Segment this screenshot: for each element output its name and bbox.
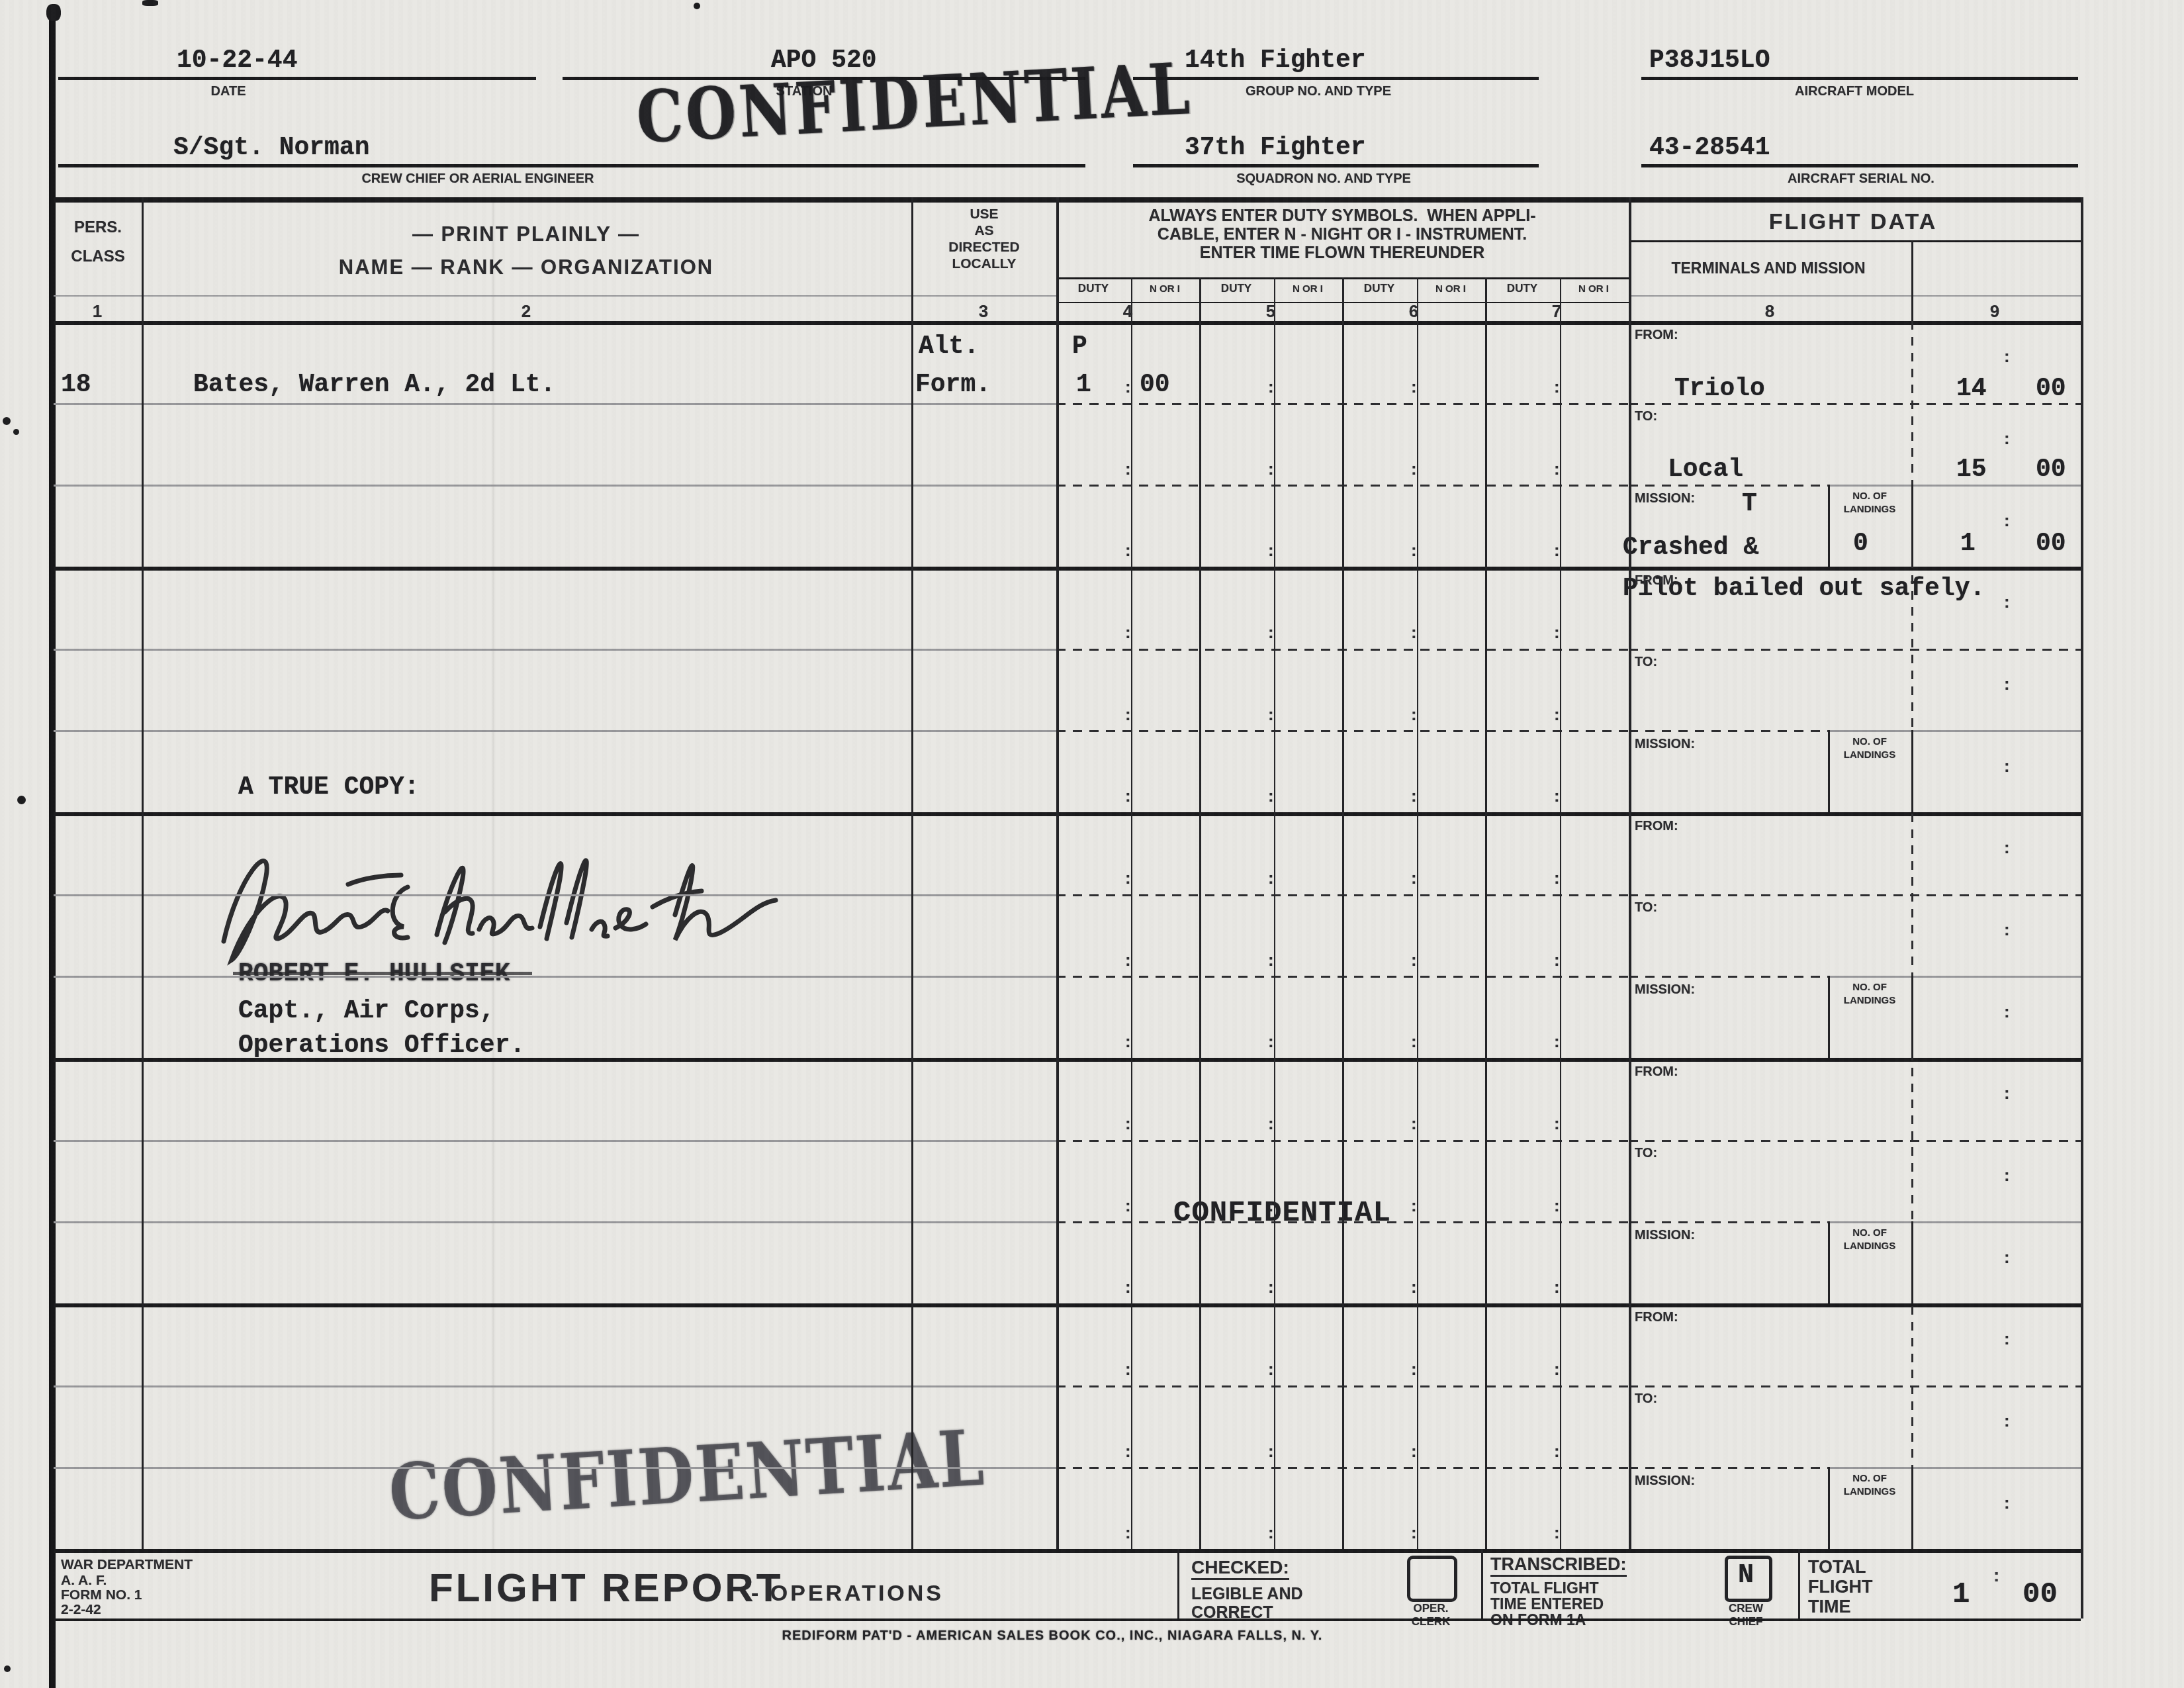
subrow-line (54, 894, 1056, 896)
nori-subcol-label: N OR I (1150, 283, 1180, 295)
duty-cell-colon: : (1554, 377, 1560, 397)
duty-cell-colon: : (1268, 377, 1274, 397)
landings-box-right (1911, 730, 1913, 812)
mission-symbol-entry: T (1742, 490, 1757, 518)
use-header-line1: USE (970, 207, 998, 222)
to-place-entry: Local (1668, 455, 1743, 484)
group-value: 14th Fighter (1185, 46, 1366, 75)
landings-label-line1: NO. OF (1852, 736, 1887, 747)
from-time-hours: 14 (1956, 375, 1987, 403)
landings-box-top (1828, 1467, 2081, 1469)
column-number: 7 (1552, 301, 1561, 322)
use-entry-line2: Form. (915, 371, 991, 399)
scan-speck (17, 796, 26, 804)
total-time-label-line2: FLIGHT (1808, 1577, 1872, 1597)
mission-writing-line (1629, 485, 1828, 487)
time-colon: : (2004, 1493, 2010, 1513)
name-header-line2: NAME — RANK — ORGANIZATION (339, 256, 713, 279)
body-top-border (54, 321, 2081, 325)
form-title-suffix: - OPERATIONS (751, 1581, 944, 1607)
mission-label: MISSION: (1635, 982, 1695, 998)
duty-cell-colon: : (1554, 459, 1560, 479)
subrow-line (54, 976, 1056, 978)
number-row-divider (1629, 295, 2081, 297)
scan-speck (3, 417, 11, 425)
form-title: FLIGHT REPORT (429, 1565, 783, 1611)
from-writing-line (1629, 894, 2081, 896)
time-colon: : (2004, 837, 2010, 858)
duty-time-minutes: 00 (1140, 371, 1170, 399)
column-number: 5 (1266, 301, 1275, 322)
mission-label: MISSION: (1635, 491, 1695, 506)
from-label: FROM: (1635, 1310, 1678, 1325)
from-writing-line (1629, 403, 2081, 405)
duty-cell-colon: : (1411, 1359, 1417, 1380)
to-label: TO: (1635, 655, 1657, 670)
name-header-line1: — PRINT PLAINLY — (412, 222, 640, 246)
duty-inner-divider (1417, 277, 1418, 1549)
duty-pair-divider (1342, 277, 1344, 1549)
crash-note-line1: Crashed & (1623, 534, 1758, 562)
aircraft-serial-value: 43-28541 (1649, 134, 1770, 162)
duty-cell-colon: : (1411, 868, 1417, 888)
date-value: 10-22-44 (177, 46, 297, 75)
time-colon: : (2004, 1165, 2010, 1186)
signature (212, 829, 794, 974)
footer-section-divider (1798, 1549, 1800, 1618)
duty-cell-colon: : (1411, 786, 1417, 806)
confidential-stamp-top: CONFIDENTIAL (635, 47, 1195, 160)
time-colon: : (2004, 1411, 2010, 1431)
crew-chief-mark: N (1738, 1561, 1754, 1591)
squadron-value: 37th Fighter (1185, 134, 1366, 162)
landings-box-right (1911, 1221, 1913, 1303)
time-colon: : (2004, 1247, 2010, 1268)
duty-cell-colon: : (1554, 622, 1560, 643)
footer-section-divider (1481, 1549, 1483, 1618)
scan-speck (46, 4, 61, 21)
footer-bottom-border (54, 1618, 2081, 1621)
duty-cell-colon: : (1125, 1031, 1131, 1052)
group-divider (54, 567, 2081, 571)
time-colon: : (2004, 919, 2010, 940)
duty-cell-colon: : (1554, 1031, 1560, 1052)
mission-time-minutes: 00 (2036, 530, 2066, 558)
crew-chief-value: S/Sgt. Norman (173, 134, 369, 162)
duty-instructions-line1: ALWAYS ENTER DUTY SYMBOLS. WHEN APPLI- (1148, 207, 1535, 226)
landings-label-line1: NO. OF (1852, 1473, 1887, 1484)
time-colon: : (2004, 1329, 2010, 1349)
duty-inner-divider (1560, 277, 1561, 1549)
duty-cell-colon: : (1125, 868, 1131, 888)
mission-writing-line (1629, 1467, 1828, 1469)
col-pers-divider (142, 197, 144, 1549)
duty-cell-colon: : (1268, 1277, 1274, 1297)
landings-entry: 0 (1853, 530, 1868, 558)
duty-cell-colon: : (1554, 786, 1560, 806)
duty-cell-colon: : (1411, 704, 1417, 725)
duty-cell-colon: : (1554, 1196, 1560, 1216)
subrow-line (54, 1467, 1056, 1469)
landings-box-top (1828, 485, 2081, 487)
crew-chief-underline (58, 164, 1085, 167)
to-label: TO: (1635, 1146, 1657, 1161)
total-time-label-line3: TIME (1808, 1597, 1851, 1617)
duty-instructions-line3: ENTER TIME FLOWN THEREUNDER (1200, 244, 1485, 263)
landings-label-line1: NO. OF (1852, 982, 1887, 993)
nori-subcol-label: N OR I (1578, 283, 1609, 295)
printer-imprint: REDIFORM PAT'D - AMERICAN SALES BOOK CO.… (782, 1628, 1323, 1644)
flight-data-header: FLIGHT DATA (1769, 209, 1938, 235)
duty-pair-divider (1485, 277, 1487, 1549)
checked-line1: LEGIBLE AND (1191, 1585, 1303, 1604)
duty-cell-colon: : (1268, 622, 1274, 643)
to-label: TO: (1635, 900, 1657, 915)
time-colon: : (2004, 592, 2010, 612)
duty-cell-colon: : (1554, 1359, 1560, 1380)
signed-rank: Capt., Air Corps, (238, 997, 495, 1025)
duty-cell-colon: : (1411, 1196, 1417, 1216)
duty-subcol-label: DUTY (1221, 282, 1251, 295)
duty-inner-divider (1131, 277, 1132, 1549)
mission-writing-line (1629, 730, 1828, 732)
duty-cell-colon: : (1268, 459, 1274, 479)
landings-box-top (1828, 976, 2081, 978)
to-label: TO: (1635, 1391, 1657, 1407)
duty-cell-colon: : (1411, 377, 1417, 397)
duty-subcol-label: DUTY (1507, 282, 1537, 295)
duty-cell-colon: : (1125, 1359, 1131, 1380)
landings-box-left (1828, 485, 1830, 567)
from-label: FROM: (1635, 819, 1678, 834)
landings-label-line2: LANDINGS (1844, 1486, 1895, 1497)
duty-cell-colon: : (1554, 1113, 1560, 1134)
landings-label-line1: NO. OF (1852, 1227, 1887, 1239)
duty-cell-colon: : (1125, 622, 1131, 643)
flight-data-divider (1629, 240, 2081, 242)
subrow-line (54, 403, 1056, 405)
column-number: 8 (1765, 301, 1774, 322)
duty-cell-colon: : (1125, 540, 1131, 561)
table-right-border (2081, 197, 2083, 1618)
flight-report-scan: 10-22-44 DATE APO 520 STATION 14th Fight… (0, 0, 2184, 1688)
duty-cell-colon: : (1125, 786, 1131, 806)
duty-subcol-label: DUTY (1364, 282, 1394, 295)
landings-label-line2: LANDINGS (1844, 1241, 1895, 1252)
use-header-line4: LOCALLY (952, 256, 1016, 272)
duty-cell-colon: : (1554, 1523, 1560, 1543)
duty-cell-colon: : (1411, 459, 1417, 479)
column-number: 1 (93, 301, 102, 322)
group-divider (54, 812, 2081, 816)
duty-instructions-line2: CABLE, ENTER N - NIGHT OR I - INSTRUMENT… (1158, 225, 1527, 244)
to-label: TO: (1635, 409, 1657, 424)
landings-box-left (1828, 730, 1830, 812)
duty-cell-colon: : (1125, 1523, 1131, 1543)
time-colon: : (2004, 1083, 2010, 1103)
duty-cell-colon: : (1554, 950, 1560, 970)
subrow-line (54, 730, 1056, 732)
footer-section-divider (1177, 1549, 1179, 1618)
transcribed-line1: TOTAL FLIGHT (1490, 1579, 1599, 1597)
duty-cell-colon: : (1268, 1359, 1274, 1380)
form-id-line1: WAR DEPARTMENT (61, 1557, 193, 1573)
duty-cell-colon: : (1268, 704, 1274, 725)
oper-clerk-checkbox (1407, 1556, 1457, 1602)
transcribed-line2: TIME ENTERED (1490, 1595, 1604, 1613)
oper-clerk-label-line1: OPER. (1414, 1602, 1449, 1615)
aircraft-serial-label: AIRCRAFT SERIAL NO. (1788, 171, 1934, 187)
aircraft-serial-underline (1641, 164, 2078, 167)
duty-cell-colon: : (1411, 1113, 1417, 1134)
subrow-line (54, 1385, 1056, 1387)
duty-cell-colon: : (1268, 1031, 1274, 1052)
use-header-line2: AS (974, 223, 993, 239)
column-number: 4 (1123, 301, 1132, 322)
nori-subcol-label: N OR I (1435, 283, 1466, 295)
form-id-line3: FORM NO. 1 (61, 1587, 142, 1603)
mission-writing-line (1629, 976, 1828, 978)
date-underline (58, 77, 536, 80)
col-use-divider (1056, 197, 1059, 1549)
duty-cell-colon: : (1125, 1196, 1131, 1216)
duty-subcol-label: DUTY (1078, 282, 1109, 295)
group-underline (1133, 77, 1539, 80)
squadron-underline (1133, 164, 1539, 167)
landings-box-left (1828, 1467, 1830, 1549)
to-time-minutes: 00 (2036, 455, 2066, 484)
col-name-divider (911, 197, 913, 1549)
time-colon: : (2004, 428, 2010, 449)
true-copy-label: A TRUE COPY: (238, 773, 420, 802)
total-time-label-line1: TOTAL (1808, 1557, 1866, 1577)
from-label: FROM: (1635, 1064, 1678, 1080)
duty-cell-colon: : (1411, 950, 1417, 970)
signed-name-strike (233, 972, 532, 975)
crew-chief-label-line2: CHIEF (1729, 1615, 1763, 1628)
duty-pair-divider (1199, 277, 1201, 1549)
column-number: 9 (1990, 301, 1999, 322)
use-entry-line1: Alt. (919, 332, 979, 361)
oper-clerk-label-line2: CLERK (1412, 1615, 1451, 1628)
footer-top-border (54, 1549, 2081, 1553)
duty-cell-colon: : (1411, 1523, 1417, 1543)
column-number: 3 (979, 301, 988, 322)
time-colon: : (2004, 756, 2010, 776)
time-colon: : (2004, 346, 2010, 367)
duty-cell-colon: : (1125, 950, 1131, 970)
crew-chief-label: CREW CHIEF OR AERIAL ENGINEER (361, 171, 594, 187)
from-writing-line (1629, 1140, 2081, 1142)
from-label: FROM: (1635, 573, 1678, 588)
confidential-stamp-bottom: CONFIDENTIAL (387, 1412, 988, 1538)
group-label: GROUP NO. AND TYPE (1246, 84, 1391, 99)
landings-box-top (1828, 730, 2081, 732)
squadron-label: SQUADRON NO. AND TYPE (1236, 171, 1411, 187)
duty-cell-colon: : (1268, 950, 1274, 970)
duty-cell-colon: : (1554, 868, 1560, 888)
scan-speck (694, 3, 700, 9)
scan-speck (142, 0, 158, 6)
duty-inner-divider (1274, 277, 1275, 1549)
typed-confidential: CONFIDENTIAL (1173, 1197, 1391, 1230)
duty-cell-colon: : (1268, 1441, 1274, 1462)
landings-box-top (1828, 1221, 2081, 1223)
from-place-entry: Triolo (1674, 375, 1765, 403)
table-top-border (54, 197, 2081, 203)
from-writing-line (1629, 1385, 2081, 1387)
mission-label: MISSION: (1635, 1474, 1695, 1489)
group-divider (54, 1303, 2081, 1307)
use-header-line3: DIRECTED (948, 240, 1019, 256)
subrow-line (54, 485, 1056, 487)
duty-cell-colon: : (1268, 786, 1274, 806)
crew-chief-label-line1: CREW (1729, 1602, 1763, 1615)
duty-cell-colon: : (1554, 1441, 1560, 1462)
form-id-line4: 2-2-42 (61, 1602, 101, 1618)
column-number: 6 (1409, 301, 1418, 322)
from-writing-line (1629, 649, 2081, 651)
duty-cell-colon: : (1268, 1113, 1274, 1134)
duty-cell-colon: : (1125, 1441, 1131, 1462)
pers-class-header-line1: PERS. (74, 218, 122, 237)
checked-heading: CHECKED: (1191, 1557, 1289, 1580)
flight-data-left-divider (1629, 197, 1631, 1549)
landings-label-line2: LANDINGS (1844, 504, 1895, 515)
landings-label-line1: NO. OF (1852, 491, 1887, 502)
duty-cell-colon: : (1268, 1196, 1274, 1216)
total-time-minutes: 00 (2023, 1578, 2058, 1611)
duty-cell-colon: : (1125, 377, 1131, 397)
duty-cell-colon: : (1268, 1523, 1274, 1543)
terminals-time-divider (1911, 240, 1913, 321)
pers-class-entry: 18 (61, 371, 91, 399)
duty-cell-colon: : (1125, 1113, 1131, 1134)
subrow-line (54, 649, 1056, 651)
duty-cell-colon: : (1411, 622, 1417, 643)
total-time-colon: : (1993, 1565, 1999, 1586)
landings-box-left (1828, 976, 1830, 1058)
mission-writing-line (1629, 1221, 1828, 1223)
group-divider (54, 1058, 2081, 1062)
landings-box-right (1911, 485, 1913, 567)
duty-cell-colon: : (1411, 1441, 1417, 1462)
time-colon: : (2004, 1002, 2010, 1022)
aircraft-model-underline (1641, 77, 2078, 80)
duty-cell-colon: : (1411, 540, 1417, 561)
number-row-divider (54, 295, 1056, 297)
landings-box-right (1911, 976, 1913, 1058)
nori-subcol-label: N OR I (1293, 283, 1323, 295)
terminals-mission-header: TERMINALS AND MISSION (1671, 259, 1865, 277)
landings-box-left (1828, 1221, 1830, 1303)
duty-cell-colon: : (1411, 1277, 1417, 1297)
date-label: DATE (211, 84, 246, 99)
from-label: FROM: (1635, 328, 1678, 343)
to-time-hours: 15 (1956, 455, 1987, 484)
subrow-line (54, 1221, 1056, 1223)
duty-time-hours: 1 (1076, 371, 1091, 399)
aircraft-model-label: AIRCRAFT MODEL (1795, 84, 1914, 99)
duty-symbol-entry: P (1072, 332, 1087, 361)
landings-label-line2: LANDINGS (1844, 749, 1895, 761)
total-time-hours: 1 (1952, 1578, 1970, 1611)
duty-cell-colon: : (1125, 459, 1131, 479)
mission-label: MISSION: (1635, 1228, 1695, 1243)
duty-cell-colon: : (1411, 1031, 1417, 1052)
duty-cell-colon: : (1268, 540, 1274, 561)
duty-cell-colon: : (1125, 1277, 1131, 1297)
duty-cell-colon: : (1554, 540, 1560, 561)
mission-label: MISSION: (1635, 737, 1695, 752)
duty-cell-colon: : (1554, 1277, 1560, 1297)
aircraft-model-value: P38J15LO (1649, 46, 1770, 75)
column-number: 2 (522, 301, 531, 322)
pilot-name-entry: Bates, Warren A., 2d Lt. (193, 371, 555, 399)
duty-cell-colon: : (1125, 704, 1131, 725)
time-colon: : (2004, 510, 2010, 531)
signed-title: Operations Officer. (238, 1031, 525, 1060)
page-binding-line (49, 5, 56, 1688)
time-colon: : (2004, 674, 2010, 694)
pers-class-header-line2: CLASS (71, 248, 124, 266)
subrow-line (54, 1140, 1056, 1142)
scan-speck (4, 1665, 11, 1672)
mission-time-hours: 1 (1960, 530, 1976, 558)
duty-cell-colon: : (1554, 704, 1560, 725)
landings-box-right (1911, 1467, 1913, 1549)
landings-label-line2: LANDINGS (1844, 995, 1895, 1006)
duty-cell-colon: : (1268, 868, 1274, 888)
from-time-minutes: 00 (2036, 375, 2066, 403)
transcribed-heading: TRANSCRIBED: (1490, 1554, 1627, 1577)
form-id-line2: A. A. F. (61, 1573, 107, 1589)
scan-speck (13, 429, 19, 435)
